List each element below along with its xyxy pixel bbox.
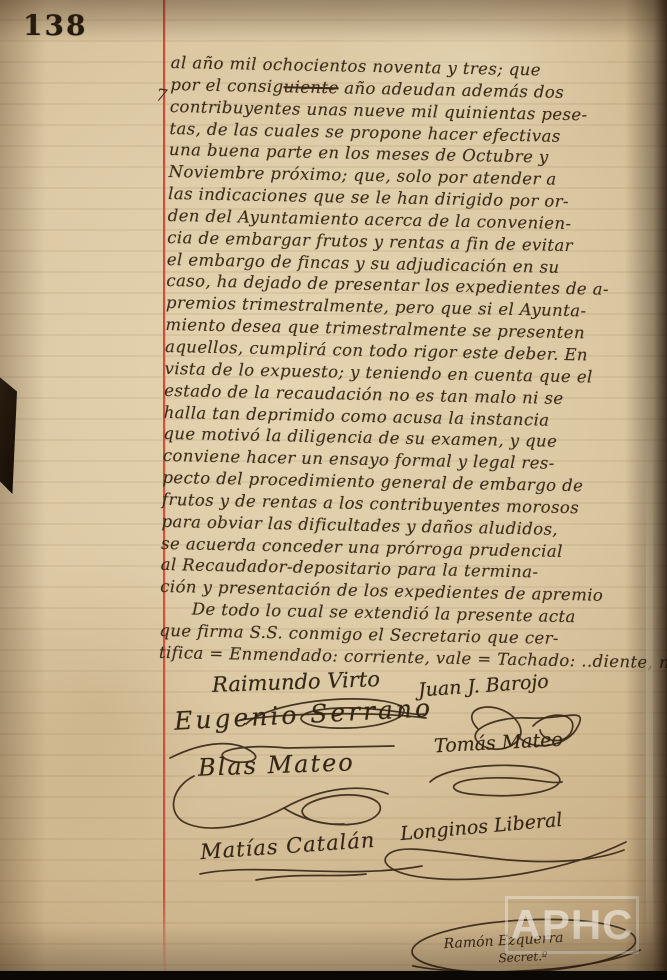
ledger-page-photo: 138 7 al año mil ochocientos noventa y t…: [0, 0, 667, 980]
rubric-flourish: [164, 768, 409, 834]
margin-ink-mark: 7: [155, 85, 169, 106]
aphc-archive-watermark: APHC: [505, 896, 639, 954]
rubric-flourish: [238, 690, 428, 742]
rubric-flourish: [166, 736, 401, 766]
rubric-flourish: [438, 696, 598, 762]
manuscript-text-block: al año mil ochocientos noventa y tres; q…: [159, 52, 667, 674]
rubric-flourish: [420, 760, 570, 802]
desk-shadow-bottom: [0, 971, 667, 980]
rubric-flourish: [196, 860, 426, 884]
page-number: 138: [23, 9, 87, 42]
manuscript-lines: al año mil ochocientos noventa y tres; q…: [159, 52, 667, 674]
struck-word: uiente: [283, 77, 338, 97]
dark-clip-left-edge: [0, 372, 17, 494]
